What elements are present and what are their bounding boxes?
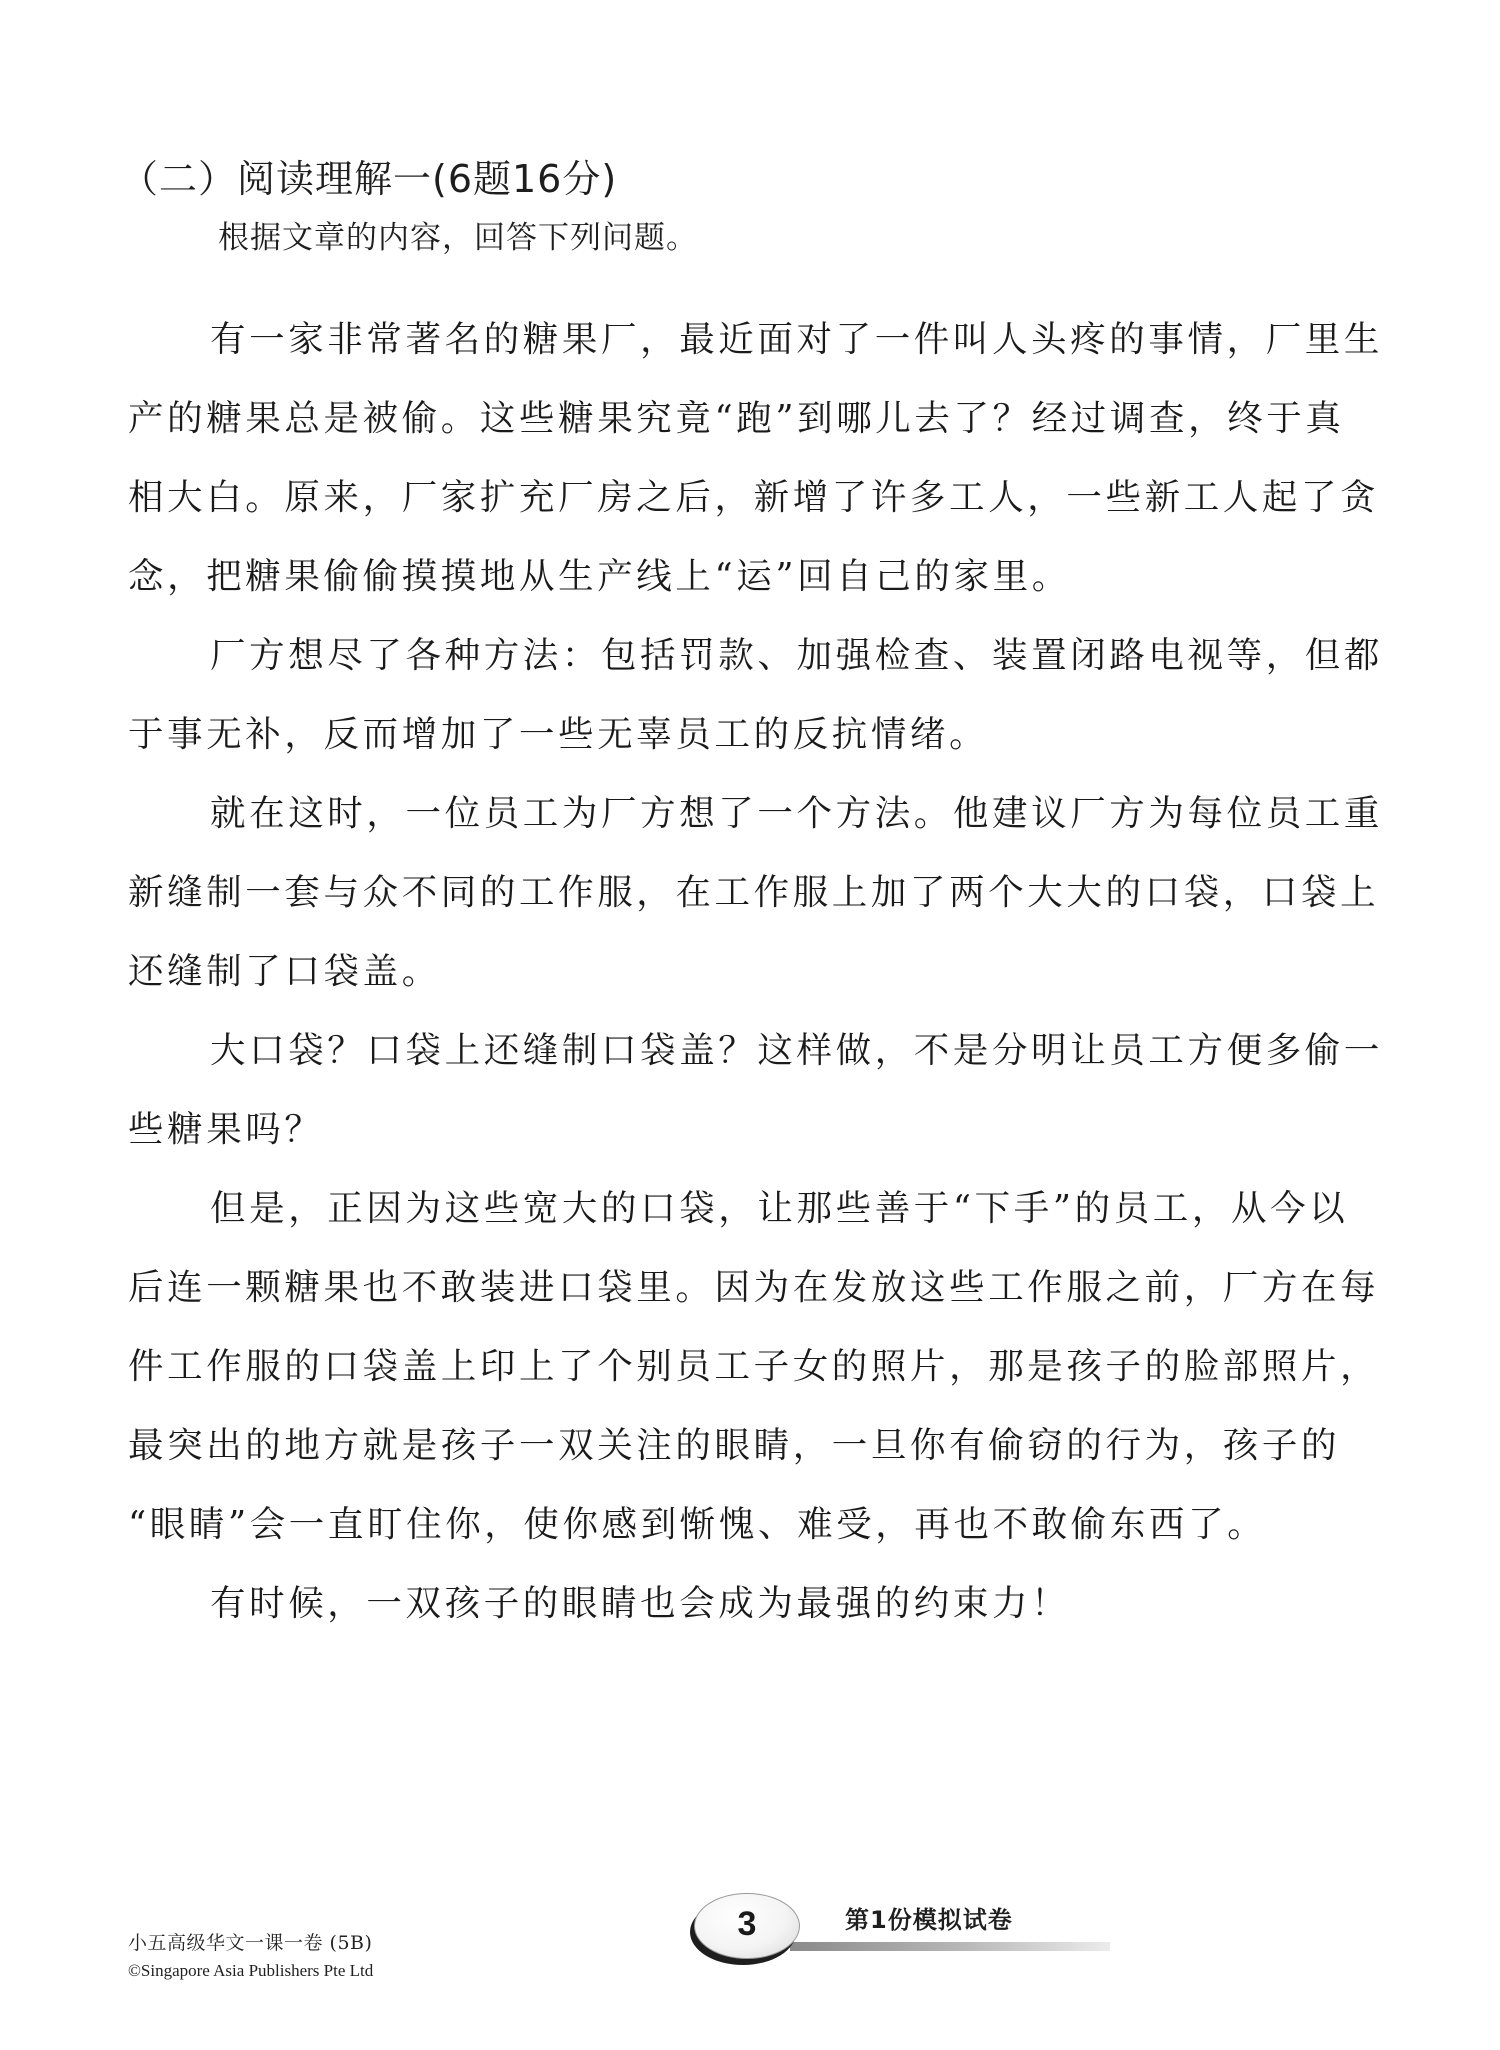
document-page: （二）阅读理解一(6题16分) 根据文章的内容，回答下列问题。 有一家非常著名的… [0,0,1500,2050]
passage-line: 件工作服的口袋盖上印上了个别员工子女的照片，那是孩子的脸部照片， [128,1327,1390,1406]
passage-line: 就在这时，一位员工为厂方想了一个方法。他建议厂方为每位员工重 [128,774,1390,853]
passage-line: 些糖果吗？ [128,1090,1390,1169]
footer-gradient-bar [790,1942,1110,1951]
footer-publisher-info: 小五高级华文一课一卷 (5B) ©Singapore Asia Publishe… [128,1928,373,1981]
passage-line: 产的糖果总是被偷。这些糖果究竟“跑”到哪儿去了？经过调查，终于真 [128,379,1390,458]
passage-line: 有时候，一双孩子的眼睛也会成为最强的约束力！ [128,1564,1390,1643]
page-number: 3 [738,1905,757,1944]
passage-line: 但是，正因为这些宽大的口袋，让那些善于“下手”的员工，从今以 [128,1169,1390,1248]
passage-line: 新缝制一套与众不同的工作服，在工作服上加了两个大大的口袋，口袋上 [128,853,1390,932]
section-heading: （二）阅读理解一(6题16分) [120,148,617,203]
passage-line: 念，把糖果偷偷摸摸地从生产线上“运”回自己的家里。 [128,537,1390,616]
passage-line: 厂方想尽了各种方法：包括罚款、加强检查、装置闭路电视等，但都 [128,616,1390,695]
section-instruction: 根据文章的内容，回答下列问题。 [218,212,698,257]
passage-line: “眼睛”会一直盯住你，使你感到惭愧、难受，再也不敢偷东西了。 [128,1485,1390,1564]
book-title: 小五高级华文一课一卷 (5B) [128,1928,373,1955]
passage-line: 还缝制了口袋盖。 [128,932,1390,1011]
passage-line: 最突出的地方就是孩子一双关注的眼睛，一旦你有偷窃的行为，孩子的 [128,1406,1390,1485]
reading-passage: 有一家非常著名的糖果厂，最近面对了一件叫人头疼的事情，厂里生 产的糖果总是被偷。… [128,300,1390,1643]
passage-line: 后连一颗糖果也不敢装进口袋里。因为在发放这些工作服之前，厂方在每 [128,1248,1390,1327]
passage-line: 有一家非常著名的糖果厂，最近面对了一件叫人头疼的事情，厂里生 [128,300,1390,379]
page-number-badge: 3 [692,1893,798,1959]
copyright-notice: ©Singapore Asia Publishers Pte Ltd [128,1961,373,1981]
badge-circle: 3 [694,1893,800,1959]
passage-line: 大口袋？口袋上还缝制口袋盖？这样做，不是分明让员工方便多偷一 [128,1011,1390,1090]
passage-line: 相大白。原来，厂家扩充厂房之后，新增了许多工人，一些新工人起了贪 [128,458,1390,537]
passage-line: 于事无补，反而增加了一些无辜员工的反抗情绪。 [128,695,1390,774]
exam-series-label: 第1份模拟试卷 [845,1900,1013,1935]
